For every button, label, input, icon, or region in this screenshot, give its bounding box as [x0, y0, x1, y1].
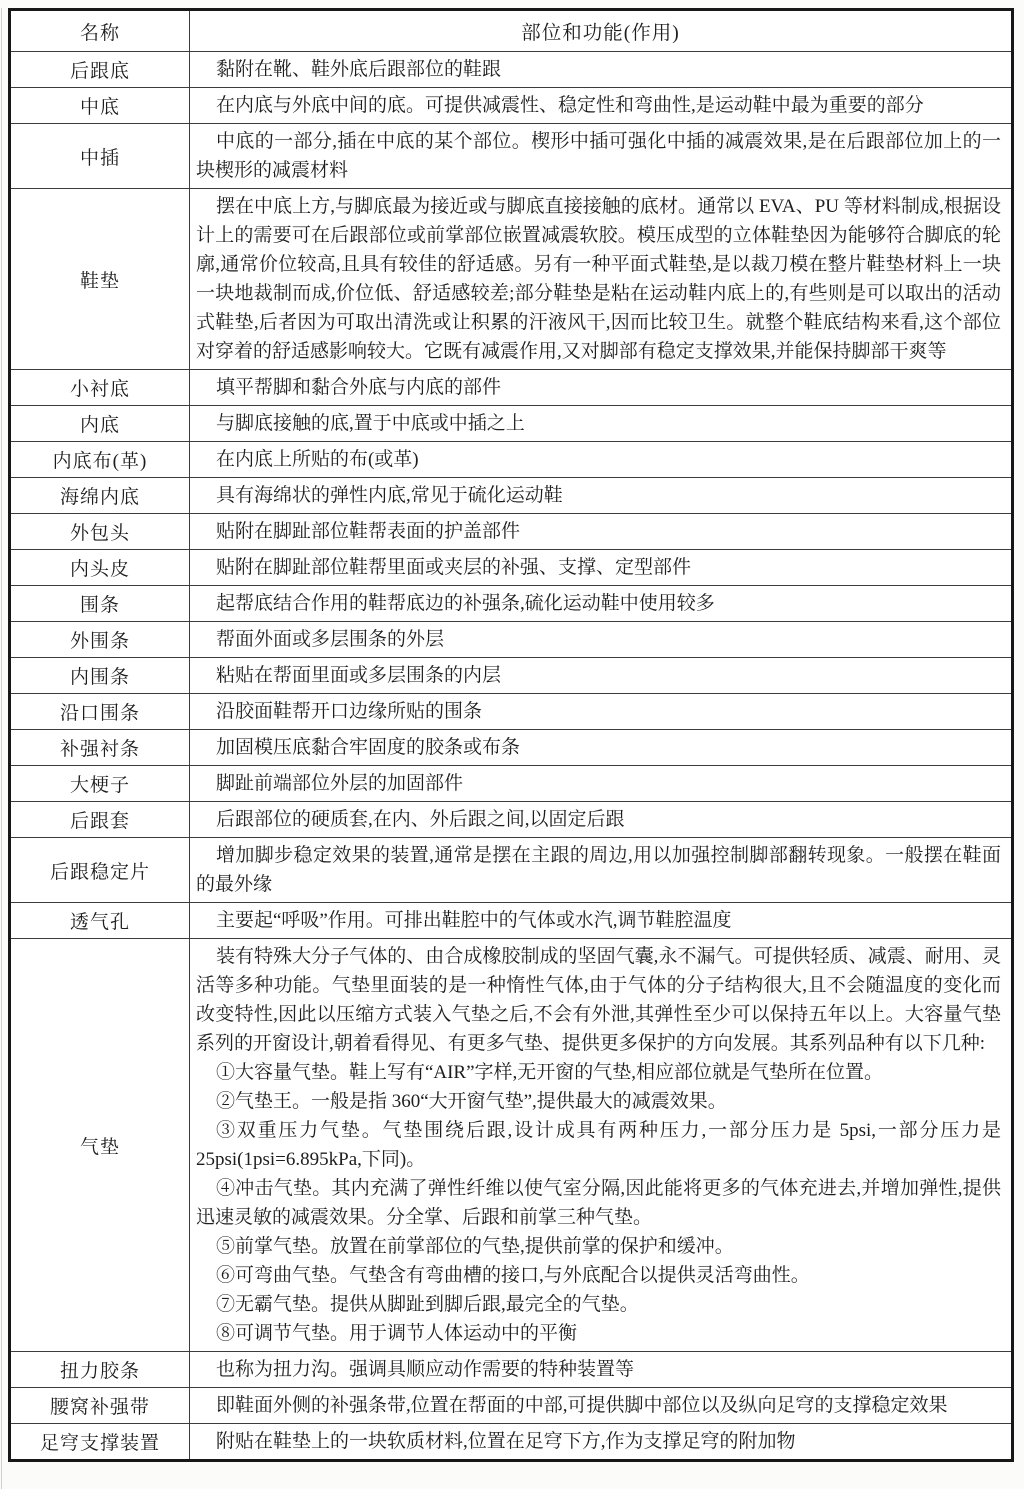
part-name-cell: 内底布(革) [10, 442, 190, 478]
part-desc-paragraph: 具有海绵状的弹性内底,常见于硫化运动鞋 [196, 481, 1001, 510]
part-desc-paragraph: 附贴在鞋垫上的一块软质材料,位置在足穹下方,作为支撑足穹的附加物 [196, 1427, 1001, 1456]
table-row: 沿口围条沿胶面鞋帮开口边缘所贴的围条 [10, 694, 1013, 730]
part-desc-paragraph: 粘贴在帮面里面或多层围条的内层 [196, 661, 1001, 690]
table-header-row: 名称 部位和功能(作用) [10, 10, 1013, 52]
part-desc-cell: 粘贴在帮面里面或多层围条的内层 [190, 658, 1013, 694]
part-desc-cell: 加固模压底黏合牢固度的胶条或布条 [190, 730, 1013, 766]
part-desc-cell: 贴附在脚趾部位鞋帮表面的护盖部件 [190, 514, 1013, 550]
part-desc-cell: 填平帮脚和黏合外底与内底的部件 [190, 370, 1013, 406]
part-name-cell: 沿口围条 [10, 694, 190, 730]
table-row: 气垫装有特殊大分子气体的、由合成橡胶制成的坚固气囊,永不漏气。可提供轻质、减震、… [10, 939, 1013, 1352]
part-desc-paragraph: 与脚底接触的底,置于中底或中插之上 [196, 409, 1001, 438]
scanned-page: 名称 部位和功能(作用) 后跟底黏附在靴、鞋外底后跟部位的鞋跟中底在内底与外底中… [0, 8, 1024, 1489]
table-row: 腰窝补强带即鞋面外侧的补强条带,位置在帮面的中部,可提供脚中部位以及纵向足穹的支… [10, 1388, 1013, 1424]
table-row: 内头皮贴附在脚趾部位鞋帮里面或夹层的补强、支撑、定型部件 [10, 550, 1013, 586]
table-row: 扭力胶条也称为扭力沟。强调具顺应动作需要的特种装置等 [10, 1352, 1013, 1388]
part-name-cell: 鞋垫 [10, 189, 190, 370]
part-name-cell: 内底 [10, 406, 190, 442]
table-row: 外围条帮面外面或多层围条的外层 [10, 622, 1013, 658]
part-name-cell: 扭力胶条 [10, 1352, 190, 1388]
part-desc-cell: 主要起“呼吸”作用。可排出鞋腔中的气体或水汽,调节鞋腔温度 [190, 903, 1013, 939]
table-row: 内围条粘贴在帮面里面或多层围条的内层 [10, 658, 1013, 694]
part-name-cell: 海绵内底 [10, 478, 190, 514]
table-body: 后跟底黏附在靴、鞋外底后跟部位的鞋跟中底在内底与外底中间的底。可提供减震性、稳定… [10, 52, 1013, 1461]
part-desc-paragraph: 即鞋面外侧的补强条带,位置在帮面的中部,可提供脚中部位以及纵向足穹的支撑稳定效果 [196, 1391, 1001, 1420]
part-desc-cell: 起帮底结合作用的鞋帮底边的补强条,硫化运动鞋中使用较多 [190, 586, 1013, 622]
part-name-cell: 小衬底 [10, 370, 190, 406]
part-desc-paragraph: 帮面外面或多层围条的外层 [196, 625, 1001, 654]
table-row: 鞋垫摆在中底上方,与脚底最为接近或与脚底直接接触的底材。通常以 EVA、PU 等… [10, 189, 1013, 370]
part-desc-cell: 增加脚步稳定效果的装置,通常是摆在主跟的周边,用以加强控制脚部翻转现象。一般摆在… [190, 838, 1013, 903]
part-desc-paragraph: ②气垫王。一般是指 360“大开窗气垫”,提供最大的减震效果。 [196, 1087, 1001, 1116]
part-name-cell: 后跟套 [10, 802, 190, 838]
part-desc-cell: 贴附在脚趾部位鞋帮里面或夹层的补强、支撑、定型部件 [190, 550, 1013, 586]
table-row: 透气孔主要起“呼吸”作用。可排出鞋腔中的气体或水汽,调节鞋腔温度 [10, 903, 1013, 939]
part-desc-cell: 即鞋面外侧的补强条带,位置在帮面的中部,可提供脚中部位以及纵向足穹的支撑稳定效果 [190, 1388, 1013, 1424]
part-desc-cell: 装有特殊大分子气体的、由合成橡胶制成的坚固气囊,永不漏气。可提供轻质、减震、耐用… [190, 939, 1013, 1352]
part-name-cell: 腰窝补强带 [10, 1388, 190, 1424]
part-desc-paragraph: 后跟部位的硬质套,在内、外后跟之间,以固定后跟 [196, 805, 1001, 834]
part-name-cell: 围条 [10, 586, 190, 622]
part-desc-paragraph: 起帮底结合作用的鞋帮底边的补强条,硫化运动鞋中使用较多 [196, 589, 1001, 618]
part-desc-cell: 与脚底接触的底,置于中底或中插之上 [190, 406, 1013, 442]
table-row: 围条起帮底结合作用的鞋帮底边的补强条,硫化运动鞋中使用较多 [10, 586, 1013, 622]
part-desc-paragraph: 装有特殊大分子气体的、由合成橡胶制成的坚固气囊,永不漏气。可提供轻质、减震、耐用… [196, 942, 1001, 1058]
part-desc-paragraph: 黏附在靴、鞋外底后跟部位的鞋跟 [196, 55, 1001, 84]
part-name-cell: 补强衬条 [10, 730, 190, 766]
part-name-cell: 大梗子 [10, 766, 190, 802]
part-desc-paragraph: 加固模压底黏合牢固度的胶条或布条 [196, 733, 1001, 762]
part-desc-cell: 脚趾前端部位外层的加固部件 [190, 766, 1013, 802]
part-name-cell: 后跟底 [10, 52, 190, 88]
part-desc-paragraph: 贴附在脚趾部位鞋帮表面的护盖部件 [196, 517, 1001, 546]
part-desc-paragraph: ⑥可弯曲气垫。气垫含有弯曲槽的接口,与外底配合以提供灵活弯曲性。 [196, 1261, 1001, 1290]
part-desc-cell: 在内底与外底中间的底。可提供减震性、稳定性和弯曲性,是运动鞋中最为重要的部分 [190, 88, 1013, 124]
part-desc-cell: 后跟部位的硬质套,在内、外后跟之间,以固定后跟 [190, 802, 1013, 838]
part-name-cell: 透气孔 [10, 903, 190, 939]
part-desc-paragraph: 增加脚步稳定效果的装置,通常是摆在主跟的周边,用以加强控制脚部翻转现象。一般摆在… [196, 841, 1001, 899]
part-desc-paragraph: 中底的一部分,插在中底的某个部位。楔形中插可强化中插的减震效果,是在后跟部位加上… [196, 127, 1001, 185]
table-row: 内底与脚底接触的底,置于中底或中插之上 [10, 406, 1013, 442]
part-name-cell: 气垫 [10, 939, 190, 1352]
part-desc-cell: 黏附在靴、鞋外底后跟部位的鞋跟 [190, 52, 1013, 88]
table-row: 内底布(革)在内底上所贴的布(或革) [10, 442, 1013, 478]
part-desc-paragraph: 脚趾前端部位外层的加固部件 [196, 769, 1001, 798]
scan-edge-left-line [1, 8, 2, 1489]
part-desc-paragraph: ⑧可调节气垫。用于调节人体运动中的平衡 [196, 1319, 1001, 1348]
part-desc-paragraph: ④冲击气垫。其内充满了弹性纤维以使气室分隔,因此能将更多的气体充进去,并增加弹性… [196, 1174, 1001, 1232]
part-desc-paragraph: ③双重压力气垫。气垫围绕后跟,设计成具有两种压力,一部分压力是 5psi,一部分… [196, 1116, 1001, 1174]
header-name-column: 名称 [10, 10, 190, 52]
part-name-cell: 内围条 [10, 658, 190, 694]
table-row: 后跟稳定片增加脚步稳定效果的装置,通常是摆在主跟的周边,用以加强控制脚部翻转现象… [10, 838, 1013, 903]
part-desc-paragraph: 填平帮脚和黏合外底与内底的部件 [196, 373, 1001, 402]
part-desc-paragraph: 摆在中底上方,与脚底最为接近或与脚底直接接触的底材。通常以 EVA、PU 等材料… [196, 192, 1001, 366]
part-desc-cell: 在内底上所贴的布(或革) [190, 442, 1013, 478]
part-desc-paragraph: ⑤前掌气垫。放置在前掌部位的气垫,提供前掌的保护和缓冲。 [196, 1232, 1001, 1261]
table-row: 海绵内底具有海绵状的弹性内底,常见于硫化运动鞋 [10, 478, 1013, 514]
table-row: 足穹支撑装置附贴在鞋垫上的一块软质材料,位置在足穹下方,作为支撑足穹的附加物 [10, 1424, 1013, 1461]
header-desc-column: 部位和功能(作用) [190, 10, 1013, 52]
part-desc-cell: 沿胶面鞋帮开口边缘所贴的围条 [190, 694, 1013, 730]
part-name-cell: 内头皮 [10, 550, 190, 586]
table-row: 小衬底填平帮脚和黏合外底与内底的部件 [10, 370, 1013, 406]
table-row: 补强衬条加固模压底黏合牢固度的胶条或布条 [10, 730, 1013, 766]
part-name-cell: 中底 [10, 88, 190, 124]
part-name-cell: 外围条 [10, 622, 190, 658]
part-desc-paragraph: 沿胶面鞋帮开口边缘所贴的围条 [196, 697, 1001, 726]
table-row: 外包头贴附在脚趾部位鞋帮表面的护盖部件 [10, 514, 1013, 550]
part-name-cell: 中插 [10, 124, 190, 189]
shoe-parts-table: 名称 部位和功能(作用) 后跟底黏附在靴、鞋外底后跟部位的鞋跟中底在内底与外底中… [8, 8, 1014, 1462]
part-desc-paragraph: 在内底上所贴的布(或革) [196, 445, 1001, 474]
part-name-cell: 足穹支撑装置 [10, 1424, 190, 1461]
table-row: 后跟套后跟部位的硬质套,在内、外后跟之间,以固定后跟 [10, 802, 1013, 838]
part-name-cell: 后跟稳定片 [10, 838, 190, 903]
table-row: 后跟底黏附在靴、鞋外底后跟部位的鞋跟 [10, 52, 1013, 88]
part-desc-paragraph: 贴附在脚趾部位鞋帮里面或夹层的补强、支撑、定型部件 [196, 553, 1001, 582]
part-desc-paragraph: ①大容量气垫。鞋上写有“AIR”字样,无开窗的气垫,相应部位就是气垫所在位置。 [196, 1058, 1001, 1087]
part-name-cell: 外包头 [10, 514, 190, 550]
part-desc-cell: 具有海绵状的弹性内底,常见于硫化运动鞋 [190, 478, 1013, 514]
part-desc-cell: 摆在中底上方,与脚底最为接近或与脚底直接接触的底材。通常以 EVA、PU 等材料… [190, 189, 1013, 370]
table-row: 大梗子脚趾前端部位外层的加固部件 [10, 766, 1013, 802]
part-desc-cell: 附贴在鞋垫上的一块软质材料,位置在足穹下方,作为支撑足穹的附加物 [190, 1424, 1013, 1461]
table-row: 中底在内底与外底中间的底。可提供减震性、稳定性和弯曲性,是运动鞋中最为重要的部分 [10, 88, 1013, 124]
part-desc-paragraph: 主要起“呼吸”作用。可排出鞋腔中的气体或水汽,调节鞋腔温度 [196, 906, 1001, 935]
part-desc-cell: 中底的一部分,插在中底的某个部位。楔形中插可强化中插的减震效果,是在后跟部位加上… [190, 124, 1013, 189]
part-desc-paragraph: 在内底与外底中间的底。可提供减震性、稳定性和弯曲性,是运动鞋中最为重要的部分 [196, 91, 1001, 120]
part-desc-cell: 也称为扭力沟。强调具顺应动作需要的特种装置等 [190, 1352, 1013, 1388]
part-desc-cell: 帮面外面或多层围条的外层 [190, 622, 1013, 658]
table-row: 中插中底的一部分,插在中底的某个部位。楔形中插可强化中插的减震效果,是在后跟部位… [10, 124, 1013, 189]
part-desc-paragraph: 也称为扭力沟。强调具顺应动作需要的特种装置等 [196, 1355, 1001, 1384]
table-head: 名称 部位和功能(作用) [10, 10, 1013, 52]
part-desc-paragraph: ⑦无霸气垫。提供从脚趾到脚后跟,最完全的气垫。 [196, 1290, 1001, 1319]
